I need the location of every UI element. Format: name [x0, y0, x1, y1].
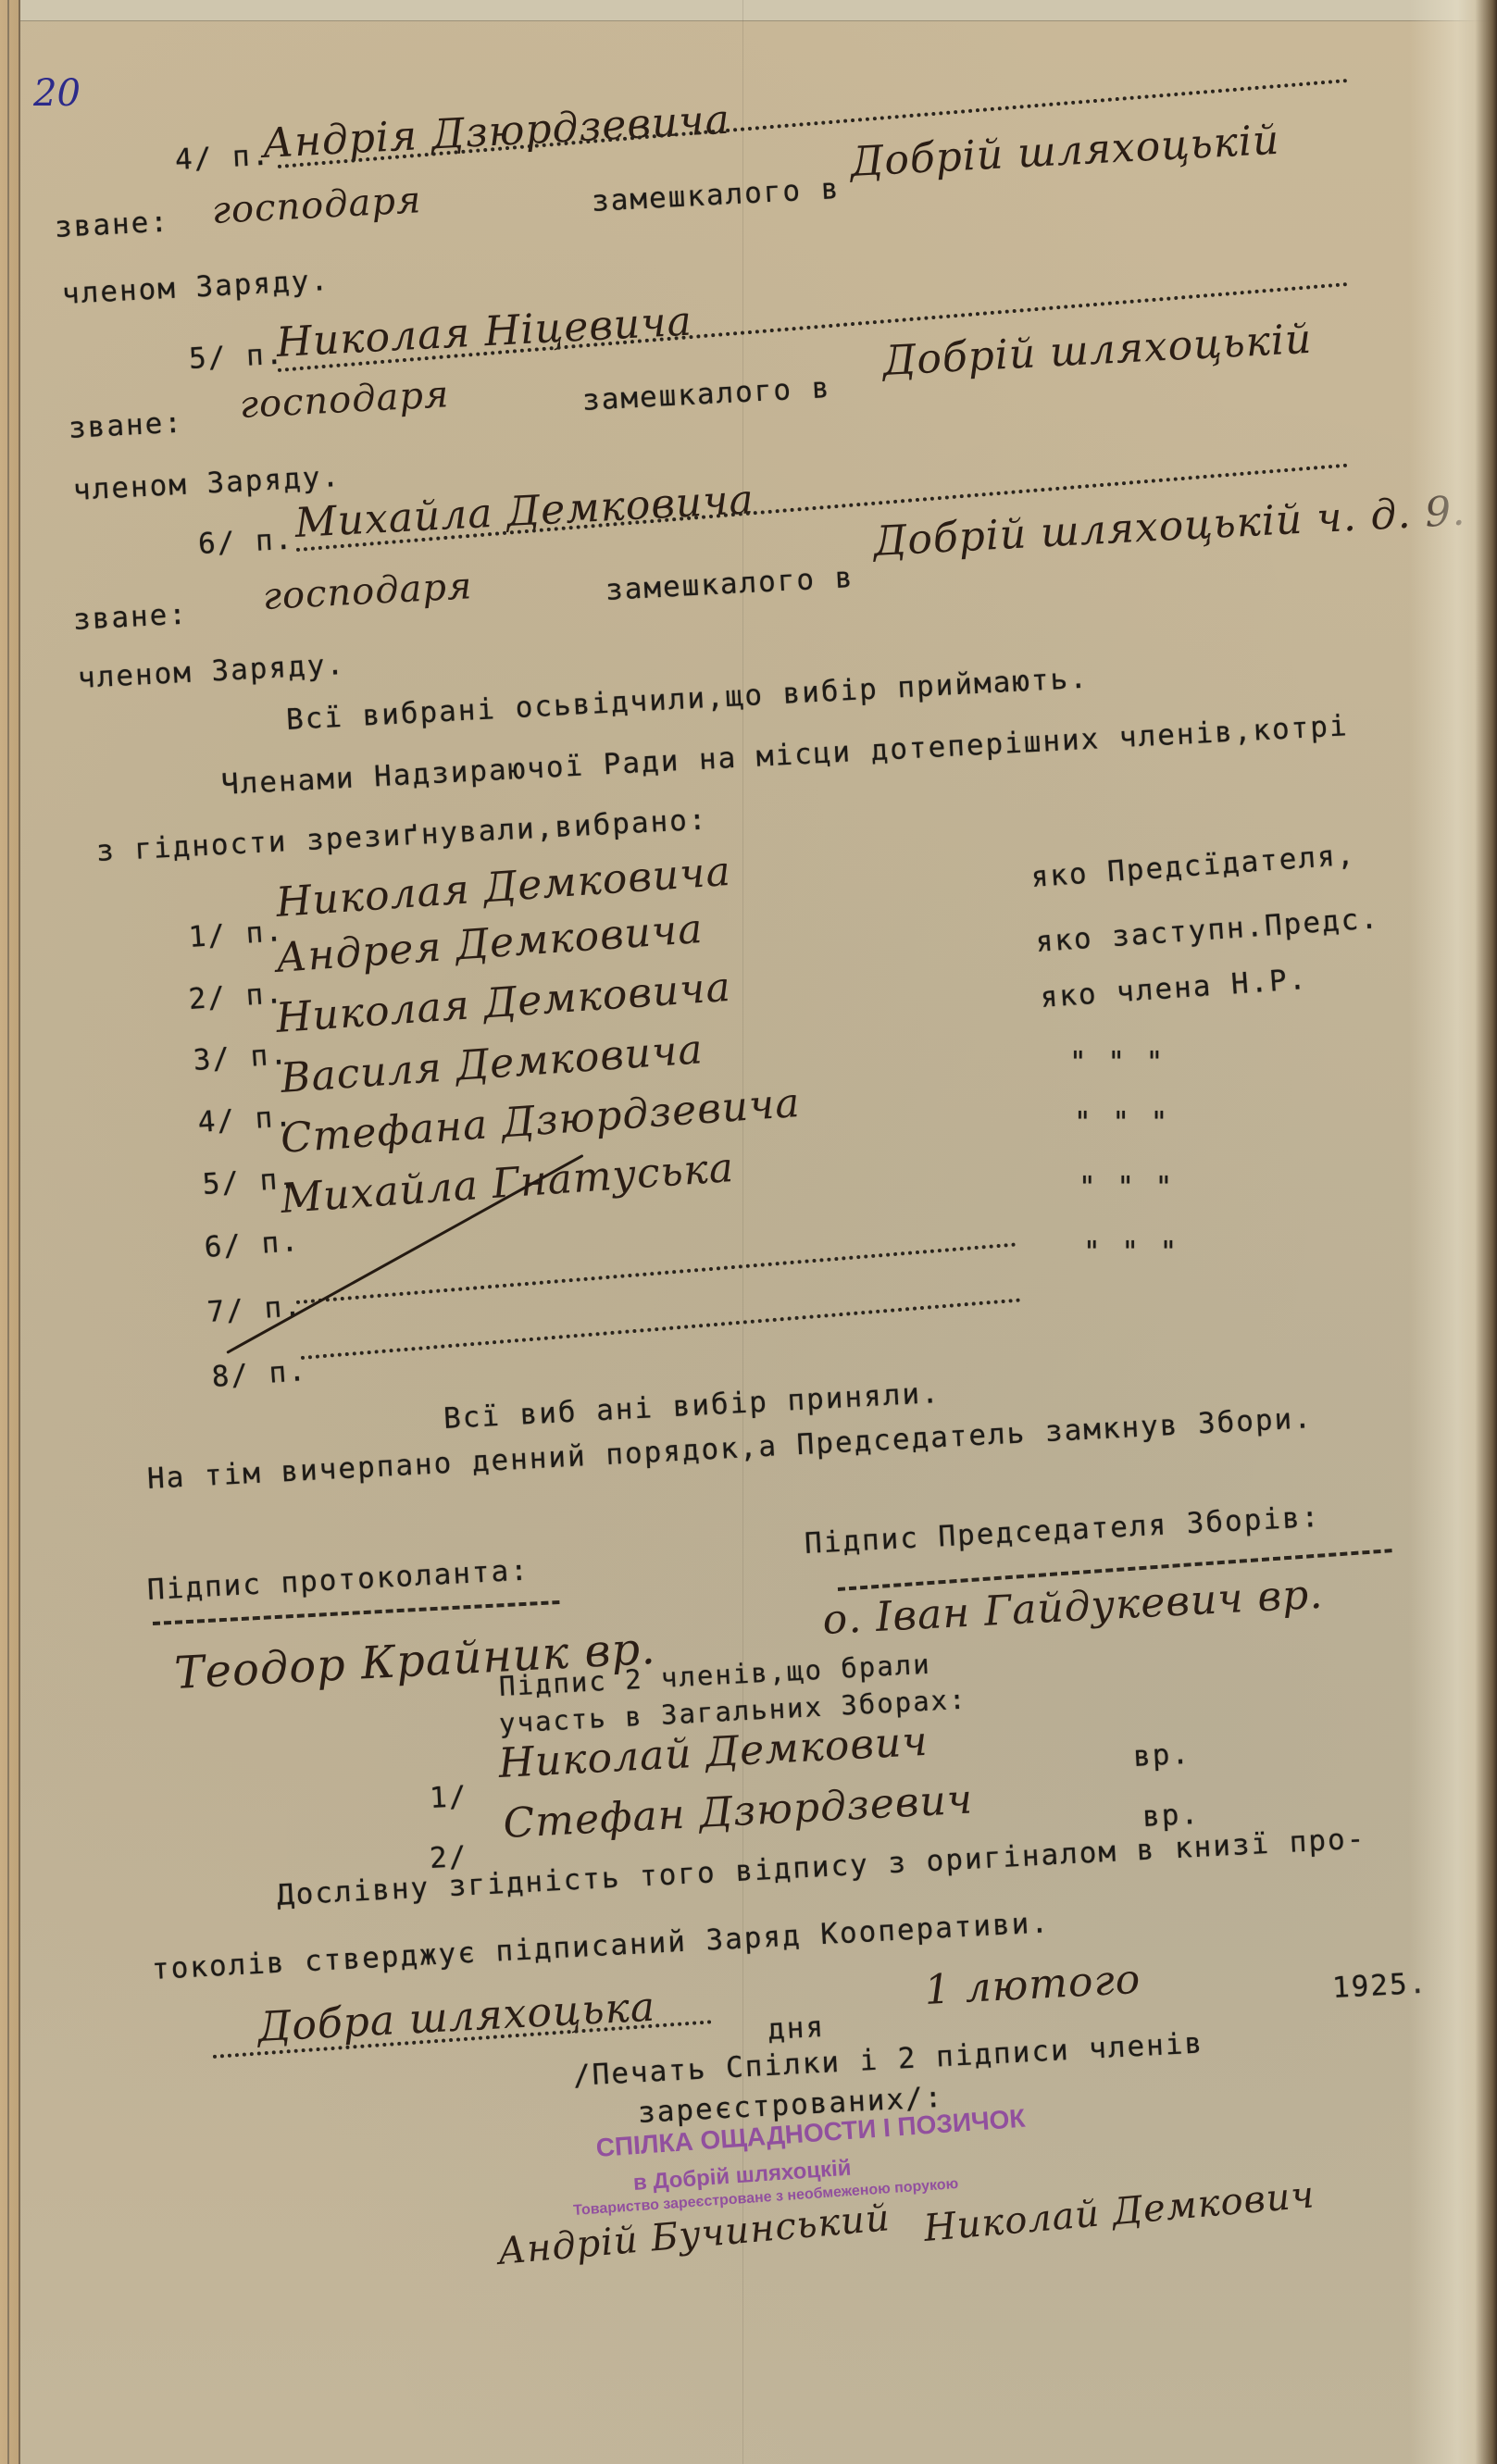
- council-index: 8/ п.: [210, 1354, 308, 1394]
- member-index: 5/ п.: [188, 338, 285, 376]
- council-role-ditto: " " ": [1069, 1046, 1165, 1079]
- member-signature-suffix: вр.: [1132, 1737, 1191, 1773]
- binding-strip: [0, 0, 20, 2464]
- title-label: зване:: [72, 598, 189, 637]
- title-label: зване:: [54, 205, 170, 244]
- council-index: 1/ п.: [187, 915, 285, 954]
- council-index: 7/ п.: [206, 1289, 304, 1329]
- council-index: 6/ п.: [203, 1225, 301, 1264]
- council-index: 2/ п.: [187, 977, 285, 1016]
- title-label: зване:: [68, 406, 184, 445]
- council-index: 3/ п.: [192, 1038, 290, 1077]
- page-edge-shadow: [1409, 0, 1497, 2464]
- member-index: 6/ п.: [197, 523, 294, 561]
- top-edge: [0, 0, 1497, 21]
- member-signature-index: 1/: [429, 1780, 468, 1815]
- member-signature-suffix: вр.: [1141, 1798, 1201, 1834]
- council-role-ditto: " " ": [1079, 1171, 1174, 1204]
- binding-line: [7, 0, 9, 2464]
- member-index: 4/ п.: [174, 139, 271, 177]
- council-role-ditto: " " ": [1074, 1106, 1169, 1139]
- council-role-ditto: " " ": [1083, 1236, 1179, 1269]
- page-number: 20: [33, 72, 81, 115]
- date-day-label: дня: [767, 2010, 826, 2047]
